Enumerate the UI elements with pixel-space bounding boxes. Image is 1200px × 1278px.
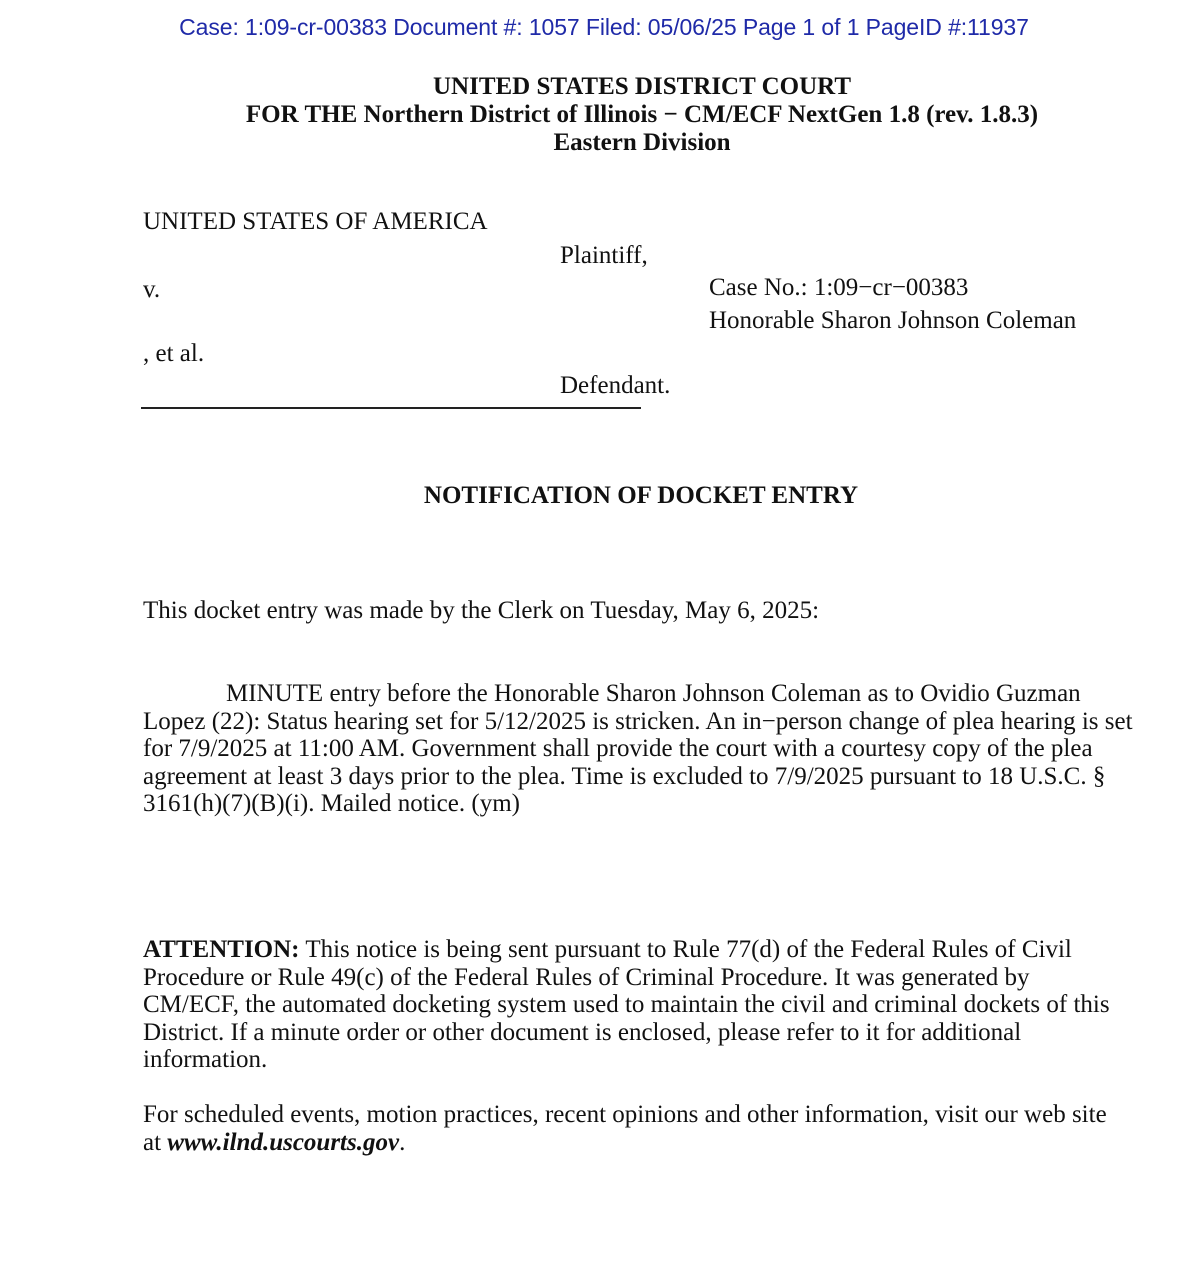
plaintiff-name: UNITED STATES OF AMERICA [143, 207, 488, 237]
defendant-label: Defendant. [560, 371, 670, 401]
court-website-link[interactable]: www.ilnd.uscourts.gov [167, 1129, 399, 1156]
minute-entry-text: MINUTE entry before the Honorable Sharon… [143, 680, 1133, 818]
attention-notice: ATTENTION: This notice is being sent pur… [143, 936, 1113, 1074]
document-title: NOTIFICATION OF DOCKET ENTRY [0, 482, 1200, 510]
versus-label: v. [143, 275, 160, 305]
court-header: UNITED STATES DISTRICT COURT FOR THE Nor… [0, 73, 1200, 157]
entry-intro: This docket entry was made by the Clerk … [143, 597, 1143, 625]
document-filing-stamp: Case: 1:09-cr-00383 Document #: 1057 Fil… [0, 14, 1200, 41]
judge-name: Honorable Sharon Johnson Coleman [709, 306, 1076, 336]
court-district: FOR THE Northern District of Illinois − … [0, 101, 1200, 129]
plaintiff-label: Plaintiff, [560, 241, 648, 271]
footer-suffix: . [399, 1129, 405, 1156]
footer-notice: For scheduled events, motion practices, … [143, 1101, 1113, 1156]
court-division: Eastern Division [0, 129, 1200, 157]
defendant-name: , et al. [143, 339, 204, 369]
attention-label: ATTENTION: [143, 936, 300, 963]
case-number: Case No.: 1:09−cr−00383 [709, 273, 968, 303]
court-name: UNITED STATES DISTRICT COURT [0, 73, 1200, 101]
caption-divider [141, 407, 641, 409]
